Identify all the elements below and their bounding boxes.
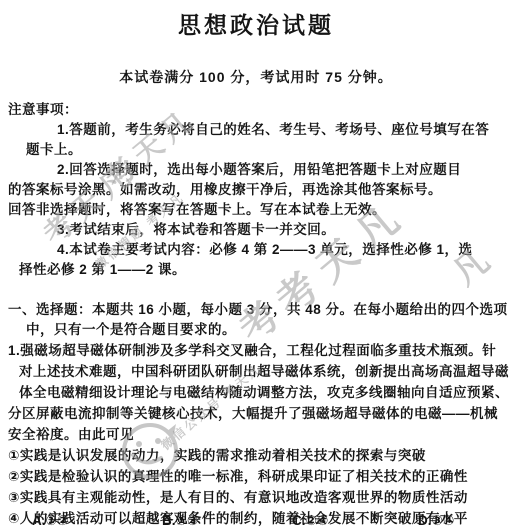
question-line: 体全电磁精细设计理论与电磁结构随动调整方法，攻克多线圈轴向自适应预紧、: [0, 382, 512, 403]
question-line: ①实践是认识发展的动力，实践的需求推动着相关技术的探索与突破: [0, 445, 512, 466]
answer-options-row: A.①② B.①③ C.②④ D.③④: [0, 513, 512, 528]
exam-info-line: 本试卷满分 100 分，考试用时 75 分钟。: [0, 67, 512, 87]
notices-section: 注意事项： 1.答题前，考生务必将自己的姓名、考生号、考场号、座位号填写在答 题…: [0, 100, 512, 280]
section-heading-line: 中，只有一个是符合题目要求的。: [0, 320, 512, 340]
question-line: 分区屏蔽电流抑制等关键核心技术，大幅提升了强磁场超导磁体的电磁——机械: [0, 403, 512, 424]
question-line: ②实践是检验认识的真理性的唯一标准，科研成果印证了相关技术的正确性: [0, 466, 512, 487]
notice-line: 的答案标号涂黑。如需改动，用橡皮擦干净后，再选涂其他答案标号。: [0, 180, 512, 200]
notice-line: 4.本试卷主要考试内容：必修 4 第 2——3 单元，选择性必修 1，选: [0, 240, 512, 260]
question-line: 对上述技术难题，中国科研团队研制出超导磁体系统，创新提出高场高温超导磁: [0, 361, 512, 382]
notice-line: 2.回答选择题时，选出每小题答案后，用铅笔把答题卡上对应题目: [0, 160, 512, 180]
answer-option: B.①③: [162, 513, 198, 528]
answer-option: A.①②: [32, 513, 68, 528]
answer-option: C.②④: [292, 513, 328, 528]
section-heading: 一、选择题：本题共 16 小题，每小题 3 分，共 48 分。在每小题给出的四个…: [0, 300, 512, 340]
notice-line: 择性必修 2 第 1——2 课。: [0, 260, 512, 280]
notice-line: 回答非选择题时，将答案写在答题卡上。写在本试卷上无效。: [0, 200, 512, 220]
notice-line: 3.考试结束后，将本试卷和答题卡一并交回。: [0, 220, 512, 240]
notice-line: 题卡上。: [0, 140, 512, 160]
notice-line: 1.答题前，考生务必将自己的姓名、考生号、考场号、座位号填写在答: [0, 120, 512, 140]
notice-line: 注意事项：: [0, 100, 512, 120]
exam-paper-page: 思想政治试题 本试卷满分 100 分，考试用时 75 分钟。 注意事项： 1.答…: [0, 0, 512, 528]
question-1: 1.强磁场超导磁体研制涉及多学科交叉融合，工程化过程面临多重技术瓶颈。针 对上述…: [0, 340, 512, 528]
question-line: 安全裕度。由此可见: [0, 424, 512, 445]
page-title: 思想政治试题: [0, 0, 512, 40]
answer-option: D.③④: [418, 513, 454, 528]
section-heading-line: 一、选择题：本题共 16 小题，每小题 3 分，共 48 分。在每小题给出的四个…: [0, 300, 512, 320]
question-line: 1.强磁场超导磁体研制涉及多学科交叉融合，工程化过程面临多重技术瓶颈。针: [0, 340, 512, 361]
question-line: ③实践具有主观能动性，是人有目的、有意识地改造客观世界的物质性活动: [0, 487, 512, 508]
